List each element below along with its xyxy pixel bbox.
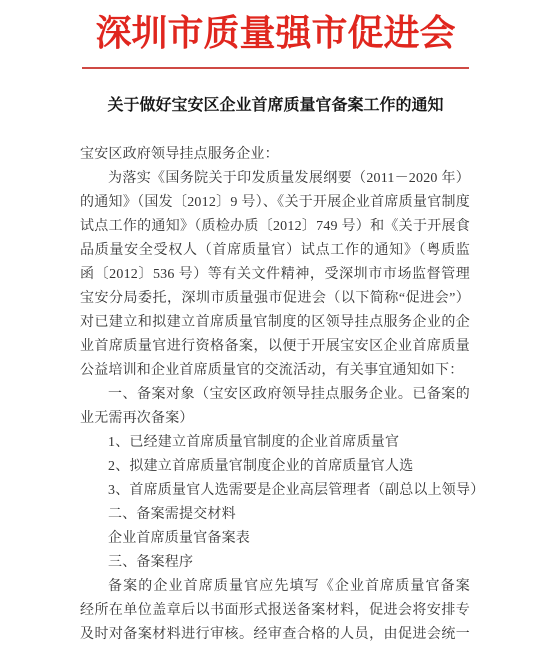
body-line: 品质量安全受权人（首席质量官）试点工作的通知》（粤质监食 <box>80 239 470 263</box>
body-line: 函〔2012〕536 号）等有关文件精神，受深圳市市场监督管理局 <box>80 263 470 287</box>
document-page: 深圳市质量强市促进会 关于做好宝安区企业首席质量官备案工作的通知 宝安区政府领导… <box>0 0 551 664</box>
body-line: 备案的企业首席质量官应先填写《企业首席质量官备案表》， <box>80 575 470 599</box>
body-line: 业首席质量官进行资格备案，以便于开展宝安区企业首席质量官 <box>80 335 470 359</box>
body-line: 经所在单位盖章后以书面形式报送备案材料，促进会将安排专人 <box>80 599 470 623</box>
letterhead-org-name: 深圳市质量强市促进会 <box>0 0 551 53</box>
body-line: 一、备案对象（宝安区政府领导挂点服务企业。已备案的企 <box>80 383 470 407</box>
body-line: 公益培训和企业首席质量官的交流活动，有关事宜通知如下： <box>80 359 470 383</box>
body-line: 二、备案需提交材料 <box>80 503 470 527</box>
body-line: 3、首席质量官人选需要是企业高层管理者（副总以上领导） <box>80 479 470 503</box>
document-title: 关于做好宝安区企业首席质量官备案工作的通知 <box>0 95 551 117</box>
body-line: 宝安区政府领导挂点服务企业： <box>80 143 470 167</box>
body-line: 为落实《国务院关于印发质量发展纲要（2011－2020 年） <box>80 167 470 191</box>
body-line: 企业首席质量官备案表 <box>80 527 470 551</box>
body-line: 三、备案程序 <box>80 551 470 575</box>
body-line: 的通知》（国发〔2012〕9 号）、《关于开展企业首席质量官制度 <box>80 191 470 215</box>
body-line: 2、拟建立首席质量官制度企业的首席质量官人选 <box>80 455 470 479</box>
body-line: 对已建立和拟建立首席质量官制度的区领导挂点服务企业的企 <box>80 311 470 335</box>
body-line: 1、已经建立首席质量官制度的企业首席质量官 <box>80 431 470 455</box>
body-line: 及时对备案材料进行审核。经审查合格的人员，由促进会统一提 <box>80 623 470 647</box>
body-line: 宝安分局委托，深圳市质量强市促进会（以下简称“促进会”） <box>80 287 470 311</box>
document-body: 宝安区政府领导挂点服务企业：为落实《国务院关于印发质量发展纲要（2011－202… <box>0 143 551 647</box>
letterhead-divider <box>82 67 469 69</box>
body-line: 试点工作的通知》（质检办质〔2012〕749 号）和《关于开展食 <box>80 215 470 239</box>
body-line: 业无需再次备案） <box>80 407 470 431</box>
